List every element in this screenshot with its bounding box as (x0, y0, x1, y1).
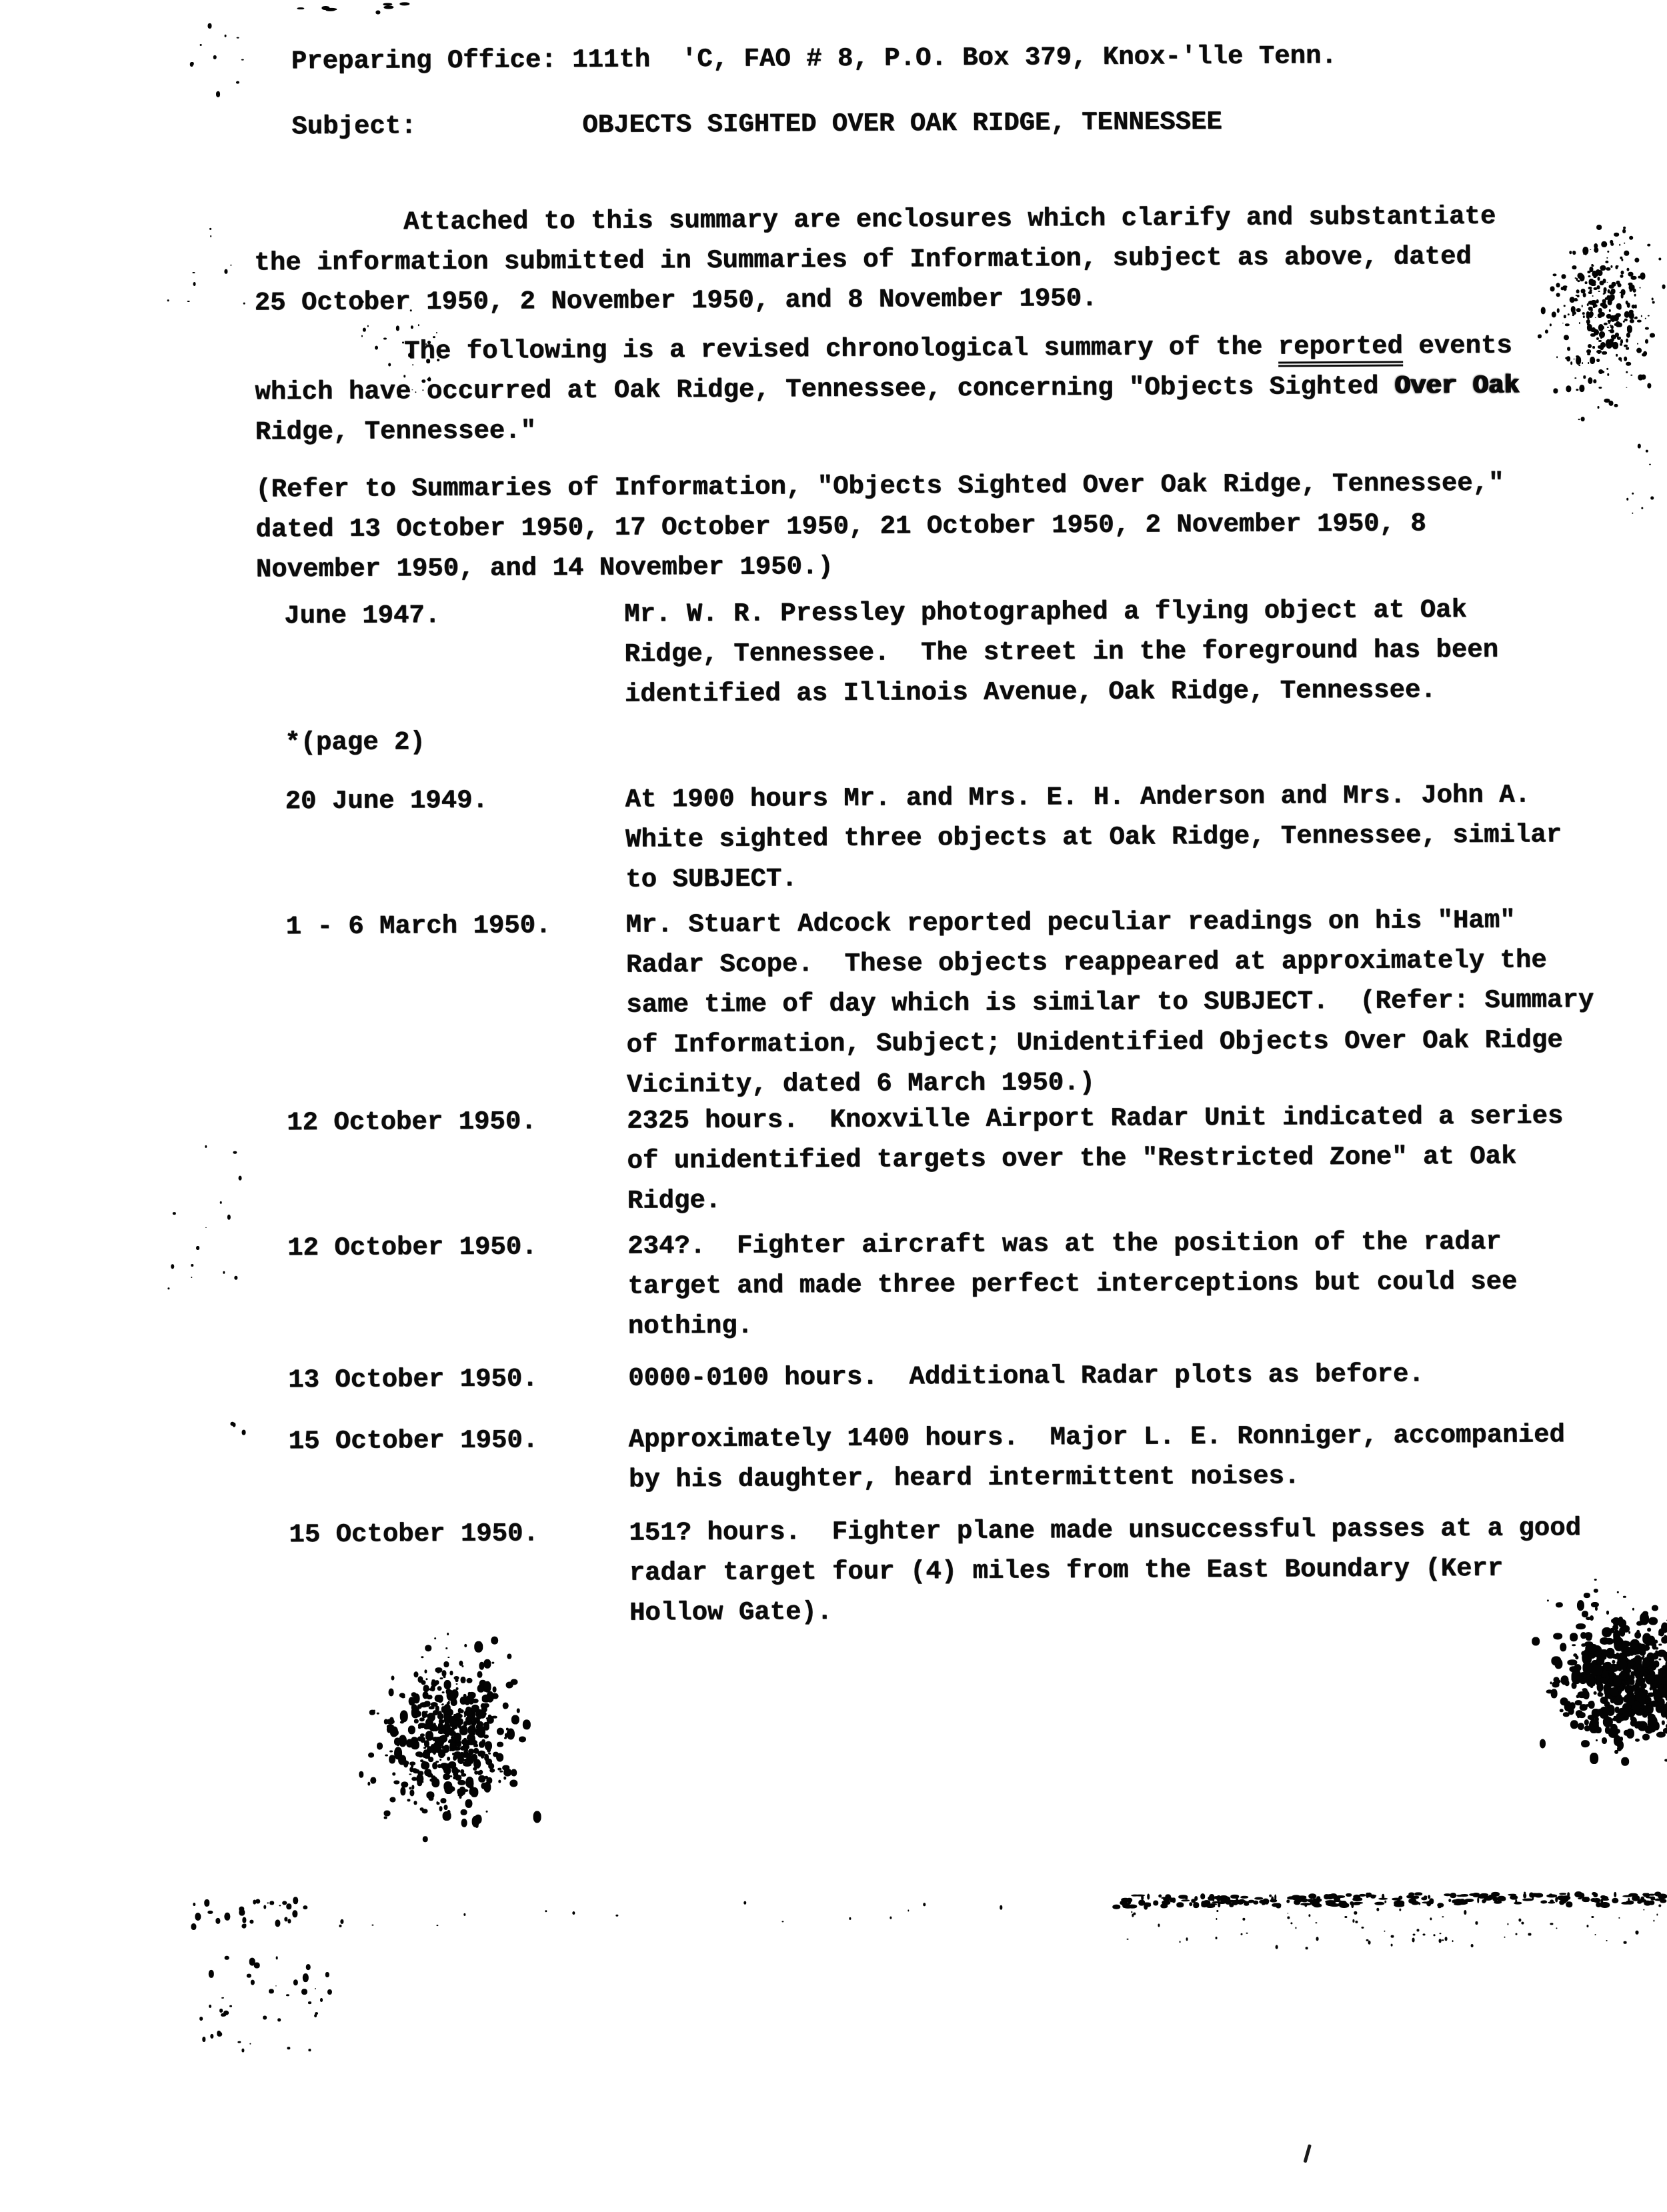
ink-speck (468, 1751, 472, 1756)
ink-speck (1588, 1701, 1591, 1706)
ink-speck (1160, 1903, 1168, 1908)
ink-speck (616, 1915, 619, 1917)
ink-speck (483, 1735, 489, 1739)
ink-speck (1582, 1650, 1592, 1665)
ink-speck (1662, 1671, 1666, 1675)
ink-speck (1131, 1911, 1132, 1913)
ink-speck (435, 1737, 442, 1747)
ink-speck (473, 1748, 479, 1754)
ink-speck (1208, 1896, 1214, 1901)
ink-speck (372, 1924, 374, 1925)
ink-speck (1649, 1687, 1652, 1690)
ink-speck (1590, 289, 1592, 292)
ink-speck (1590, 249, 1592, 250)
ink-speck (458, 1714, 463, 1718)
ink-speck (469, 1784, 473, 1789)
ink-speck (1560, 1643, 1566, 1651)
ink-speck (1552, 1683, 1559, 1688)
ink-speck (1477, 1897, 1479, 1903)
ink-speck (1632, 512, 1634, 514)
ink-speck (1276, 1903, 1281, 1909)
ink-speck (1631, 1717, 1637, 1725)
ink-speck (1592, 1892, 1596, 1895)
ink-speck (429, 1724, 437, 1731)
ink-speck (1458, 1901, 1468, 1905)
ink-speck (465, 1699, 470, 1705)
ink-speck (485, 1741, 492, 1751)
ink-speck (1583, 1666, 1590, 1677)
ink-speck (1630, 1699, 1640, 1709)
ink-speck (1515, 1933, 1518, 1935)
ink-speck (1599, 1649, 1608, 1657)
ink-speck (1649, 463, 1651, 465)
ink-speck (1270, 1899, 1278, 1903)
ink-speck (1610, 240, 1614, 244)
ink-speck (475, 1729, 482, 1735)
ink-speck (314, 2014, 317, 2017)
ink-speck (450, 1737, 457, 1746)
ink-speck (1664, 1651, 1667, 1662)
ink-speck (384, 1719, 388, 1724)
page-2-marker: *(page 2) (285, 716, 1590, 763)
ink-speck (1630, 1671, 1634, 1676)
ink-speck (267, 1902, 269, 1903)
ink-speck (320, 1998, 323, 2002)
ink-speck (1606, 1673, 1616, 1687)
ink-speck (1608, 299, 1612, 305)
ink-speck (1586, 1636, 1592, 1641)
ink-speck (1352, 1919, 1355, 1923)
ink-speck (464, 1701, 467, 1703)
ink-speck (1606, 281, 1608, 282)
ink-speck (238, 2041, 241, 2043)
ink-speck (1600, 1899, 1603, 1904)
ink-speck (1624, 243, 1626, 244)
ink-speck (1626, 301, 1628, 305)
ink-speck (1204, 1900, 1210, 1905)
ink-speck (430, 1702, 438, 1707)
ink-speck (443, 1714, 449, 1723)
ink-speck (1579, 1893, 1585, 1898)
ink-speck (1592, 295, 1594, 297)
ink-speck (493, 1751, 499, 1757)
ink-speck (1642, 1611, 1648, 1617)
ink-speck (1296, 1898, 1304, 1903)
ink-speck (1594, 271, 1599, 277)
ink-speck (1275, 1945, 1278, 1949)
ink-speck (468, 1729, 475, 1735)
ink-speck (1554, 1659, 1562, 1669)
ink-speck (431, 1775, 436, 1779)
entry-body-line: Ridge. (627, 1176, 1564, 1221)
ink-speck (471, 1720, 476, 1725)
ink-speck (1254, 1897, 1263, 1900)
ink-speck (475, 1823, 478, 1827)
ink-speck (1592, 327, 1594, 330)
chronology-entry: 12 October 1950. 2325 hours. Knoxville A… (259, 1096, 1593, 1223)
ink-speck (1572, 1678, 1580, 1683)
ink-speck (1213, 1896, 1222, 1899)
ink-speck (171, 1264, 175, 1269)
ink-speck (1638, 1721, 1648, 1731)
ink-speck (1641, 1681, 1644, 1684)
ink-speck (1608, 329, 1611, 331)
ink-speck (424, 1726, 429, 1729)
ink-speck (1603, 1683, 1611, 1694)
ink-speck (1635, 1931, 1638, 1933)
ink-speck (507, 1773, 509, 1776)
ink-speck (1607, 1693, 1616, 1699)
ink-speck (1135, 1895, 1145, 1897)
ink-speck (1658, 1628, 1665, 1636)
ink-speck (449, 1709, 451, 1711)
ink-speck (1610, 289, 1616, 294)
ink-speck (425, 1725, 427, 1728)
ink-speck (1589, 1644, 1598, 1653)
ink-speck (411, 1692, 417, 1697)
entry-body-line: to SUBJECT. (625, 855, 1562, 899)
ink-speck (1606, 339, 1611, 347)
ink-speck (441, 1719, 445, 1724)
ink-speck (389, 1717, 394, 1724)
ink-speck (1623, 1647, 1632, 1657)
ink-speck (456, 1752, 461, 1757)
ink-speck (1448, 1899, 1451, 1903)
ink-speck (1650, 1692, 1654, 1696)
ink-speck (1595, 1739, 1597, 1741)
ink-speck (1592, 306, 1595, 308)
ink-speck (491, 1637, 499, 1645)
ink-speck (407, 1799, 410, 1801)
ink-speck (457, 1780, 465, 1785)
ink-speck (441, 1745, 444, 1749)
ink-speck (384, 5, 394, 9)
ink-speck (1644, 1704, 1654, 1715)
ink-speck (1209, 1894, 1215, 1899)
ink-speck (417, 1676, 423, 1683)
ink-speck (1272, 1903, 1281, 1907)
ink-speck (1594, 329, 1599, 335)
ink-speck (1397, 1897, 1400, 1903)
ink-speck (1622, 1697, 1626, 1700)
ink-speck (1628, 347, 1629, 349)
ink-speck (1588, 279, 1594, 285)
ink-speck (490, 1767, 492, 1770)
ink-speck (1606, 313, 1612, 318)
ink-speck (1620, 293, 1624, 298)
ink-speck (1620, 339, 1623, 344)
ink-speck (447, 1714, 452, 1719)
ink-speck (420, 1702, 428, 1707)
ink-speck (467, 1734, 473, 1739)
ink-speck (1498, 1898, 1506, 1901)
ink-speck (1626, 347, 1628, 350)
ink-speck (1315, 1922, 1317, 1923)
ink-speck (459, 1737, 461, 1739)
ink-speck (1612, 1717, 1619, 1722)
ink-speck (446, 1689, 451, 1695)
ink-speck (488, 1763, 494, 1769)
ink-speck (441, 1703, 443, 1705)
ink-speck (1123, 1905, 1133, 1909)
ink-speck (1153, 1901, 1158, 1906)
ink-speck (401, 1695, 405, 1698)
ink-speck (1615, 1683, 1625, 1692)
ink-speck (483, 1703, 489, 1708)
ink-speck (451, 1696, 457, 1701)
ink-speck (1452, 1940, 1454, 1942)
ink-speck (448, 1719, 451, 1723)
ink-speck (489, 1768, 495, 1772)
ink-speck (439, 1725, 446, 1729)
ink-speck (1325, 1900, 1336, 1904)
ink-speck (458, 1737, 461, 1738)
ink-speck (403, 1761, 408, 1768)
ink-speck (449, 1728, 453, 1733)
ink-speck (431, 1687, 434, 1690)
entry-date: 12 October 1950. (287, 1101, 627, 1143)
ink-speck (471, 1704, 479, 1712)
ink-speck (479, 1741, 485, 1747)
entry-date: 15 October 1950. (289, 1513, 629, 1555)
ink-speck (1629, 288, 1632, 290)
ink-speck (1189, 1902, 1193, 1907)
ink-speck (460, 1746, 466, 1751)
ink-speck (1335, 1896, 1341, 1902)
ink-speck (263, 2016, 267, 2020)
ink-speck (219, 1201, 222, 1204)
ink-speck (743, 1901, 746, 1905)
ink-speck (1598, 308, 1602, 313)
ink-speck (485, 1810, 488, 1812)
ink-speck (1590, 1645, 1598, 1655)
ink-speck (484, 1775, 488, 1779)
ink-speck (425, 1711, 428, 1713)
ink-speck (1592, 346, 1595, 349)
ink-speck (1581, 1651, 1588, 1656)
ink-speck (1552, 1656, 1562, 1665)
ink-speck (1645, 327, 1649, 330)
ink-speck (1384, 1900, 1387, 1903)
ink-speck (1212, 1901, 1222, 1904)
entry-date: 13 October 1950. (288, 1359, 628, 1401)
ink-speck (1645, 339, 1649, 344)
ink-speck (383, 1817, 387, 1819)
ink-speck (422, 1761, 426, 1765)
ink-speck (1551, 1689, 1558, 1699)
ink-speck (459, 1726, 468, 1735)
ink-speck (1636, 1646, 1640, 1653)
ink-speck (1593, 303, 1598, 307)
ink-speck (1181, 1899, 1190, 1902)
ink-speck (1614, 233, 1619, 237)
ink-speck (419, 1737, 425, 1743)
ink-speck (275, 1919, 281, 1927)
ink-speck (431, 1744, 435, 1749)
ink-speck (315, 2012, 319, 2015)
ink-speck (1217, 1910, 1218, 1912)
ink-speck (1582, 1689, 1589, 1699)
ink-speck (1647, 244, 1651, 247)
ink-speck (1329, 1903, 1340, 1907)
ink-speck (1550, 1681, 1552, 1684)
ink-speck (1586, 1925, 1588, 1927)
ink-speck (1588, 287, 1592, 290)
ink-speck (475, 1641, 483, 1653)
ink-speck (455, 1769, 460, 1773)
ink-speck (1634, 1665, 1639, 1673)
ink-speck (1606, 267, 1611, 271)
ink-speck (1630, 289, 1632, 292)
ink-speck (463, 1711, 467, 1716)
ink-speck (1658, 1669, 1661, 1671)
ink-speck (1585, 1644, 1592, 1653)
ink-speck (1185, 1897, 1188, 1900)
ink-speck (423, 1836, 428, 1842)
ink-speck (1523, 1898, 1533, 1901)
ink-speck (1645, 318, 1646, 319)
ink-speck (463, 1758, 468, 1762)
ink-speck (1600, 371, 1604, 374)
ink-speck (325, 1972, 329, 1977)
ink-speck (1596, 1658, 1604, 1663)
ink-speck (1653, 1690, 1658, 1697)
ink-speck (497, 1742, 503, 1747)
ink-speck (1625, 1628, 1629, 1632)
ink-speck (1596, 1662, 1602, 1665)
ink-speck (217, 2031, 223, 2037)
ink-speck (1631, 1642, 1639, 1649)
ink-speck (1576, 1675, 1582, 1680)
ink-speck (1665, 1759, 1667, 1762)
ink-speck (434, 1637, 437, 1640)
ink-speck (1584, 1725, 1590, 1732)
ink-speck (1645, 450, 1648, 453)
ink-speck (1622, 1645, 1628, 1651)
ink-speck (1605, 1667, 1612, 1677)
ink-speck (1618, 1653, 1628, 1665)
ink-speck (1584, 1632, 1592, 1639)
ink-speck (1346, 1893, 1352, 1897)
ink-speck (421, 1753, 423, 1756)
ink-speck (465, 1777, 474, 1789)
entry-date: 15 October 1950. (288, 1420, 628, 1462)
ink-speck (449, 1749, 452, 1751)
ink-speck (1641, 1699, 1648, 1704)
ink-speck (440, 1763, 448, 1769)
ink-speck (1638, 1679, 1642, 1684)
ink-speck (484, 1681, 491, 1693)
ink-speck (1650, 1896, 1654, 1900)
ink-speck (506, 1727, 509, 1731)
ink-speck (1616, 313, 1621, 317)
ink-speck (233, 1151, 237, 1154)
ink-speck (239, 1907, 245, 1912)
ink-speck (1623, 229, 1626, 233)
ink-speck (208, 23, 212, 29)
ink-speck (1592, 1679, 1596, 1681)
ink-speck (1614, 323, 1618, 326)
ink-speck (205, 1900, 209, 1903)
ink-speck (1629, 236, 1634, 240)
ink-speck (1142, 1895, 1144, 1901)
ink-speck (1631, 275, 1637, 279)
ink-speck (1614, 1695, 1624, 1705)
ink-speck (1602, 326, 1604, 329)
ink-speck (205, 1145, 207, 1149)
ink-speck (1590, 1898, 1597, 1903)
ink-speck (1622, 1715, 1629, 1720)
ink-speck (1610, 1664, 1613, 1669)
ink-speck (1608, 285, 1614, 288)
ink-speck (1122, 1902, 1127, 1907)
ink-speck (437, 1713, 444, 1719)
ink-speck (1652, 1605, 1659, 1611)
ink-speck (1606, 257, 1608, 259)
ink-speck (1588, 1715, 1596, 1720)
ink-speck (433, 1743, 442, 1753)
ink-speck (411, 1704, 417, 1711)
ink-speck (1653, 1689, 1660, 1697)
ink-speck (1172, 1897, 1176, 1903)
ink-speck (463, 1697, 467, 1701)
ink-speck (1354, 1895, 1361, 1899)
ink-speck (1650, 1701, 1659, 1707)
ink-speck (409, 1767, 414, 1772)
ink-speck (1622, 1663, 1627, 1666)
ink-speck (458, 1789, 464, 1795)
ink-speck (471, 1722, 475, 1729)
ink-speck (1618, 1617, 1623, 1623)
ink-speck (406, 1739, 413, 1747)
ink-speck (1602, 302, 1606, 308)
ink-speck (478, 1710, 485, 1718)
ink-speck (453, 1771, 459, 1777)
ink-speck (1654, 1898, 1665, 1901)
ink-speck (1546, 1689, 1552, 1694)
ink-speck (461, 1753, 469, 1758)
ink-speck (1618, 1685, 1624, 1692)
ink-speck (321, 6, 329, 10)
ink-speck (1559, 1900, 1564, 1905)
ink-speck (236, 81, 239, 84)
ink-speck (303, 1989, 305, 1992)
ink-speck (1626, 1687, 1631, 1691)
ink-speck (1120, 1900, 1128, 1905)
ink-speck (1633, 1663, 1641, 1673)
ink-speck (242, 1430, 246, 1435)
ink-speck (1608, 1693, 1614, 1699)
ink-speck (1592, 280, 1596, 285)
ink-speck (1563, 1712, 1570, 1717)
ink-speck (849, 1917, 851, 1920)
ink-speck (1609, 295, 1615, 301)
ink-speck (421, 1781, 423, 1783)
ink-speck (517, 1709, 520, 1713)
ink-speck (1572, 1644, 1576, 1647)
ink-speck (1398, 1901, 1402, 1905)
ink-speck (1632, 1701, 1635, 1703)
ink-speck (463, 1749, 467, 1755)
ink-speck (1661, 1682, 1664, 1684)
ink-speck (1144, 1903, 1148, 1909)
ink-speck (1657, 1697, 1664, 1706)
ink-speck (1622, 1656, 1627, 1661)
ink-speck (1646, 1675, 1654, 1685)
ink-speck (1507, 1923, 1509, 1925)
ink-speck (1602, 299, 1605, 303)
entry-body-line: Hollow Gate). (629, 1588, 1582, 1633)
